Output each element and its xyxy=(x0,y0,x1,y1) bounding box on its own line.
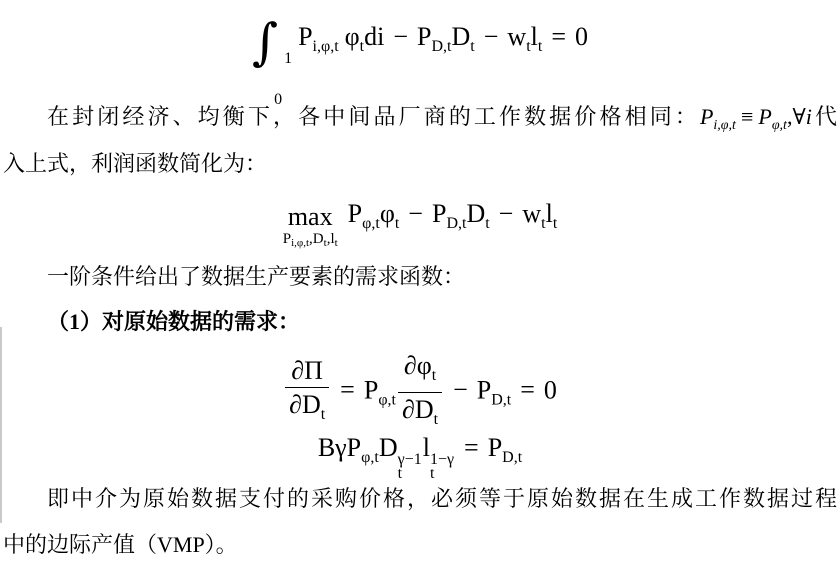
math-term: P xyxy=(298,22,312,51)
equiv-operator: ≡ xyxy=(741,104,753,129)
forall-symbol: ∀ xyxy=(792,104,805,129)
equals-operator: = xyxy=(340,375,355,404)
math-term: P xyxy=(432,199,446,228)
math-term: B xyxy=(318,433,335,462)
paragraph-vmp-explanation-line2: 中的边际产值（VMP）。 xyxy=(3,530,837,560)
math-subscript: φ,t xyxy=(378,391,396,408)
fraction-denominator: ∂Dt xyxy=(285,388,329,428)
math-subscript: D,t xyxy=(446,215,466,232)
fraction-numerator: ∂φt xyxy=(398,352,442,393)
max-underscript: Pi,φ,t,Dt,lt xyxy=(283,230,338,253)
math-subscript: D,t xyxy=(491,391,511,408)
equals-operator: = xyxy=(464,433,479,462)
math-subscript: t xyxy=(432,367,436,384)
math-term: D xyxy=(379,433,398,462)
math-subscript: t xyxy=(395,215,399,232)
paragraph-text: 中的边际产值（VMP）。 xyxy=(3,532,238,557)
math-term: D xyxy=(452,22,471,51)
math-term: l xyxy=(546,199,553,228)
minus-operator: − xyxy=(484,22,499,51)
math-term: P xyxy=(347,433,361,462)
integral-glyph: ∫ xyxy=(252,13,278,71)
paragraph-text: 即中介为原始数据支付的采购价格，必须等于原始数据在生成工作数据过程 xyxy=(47,486,837,511)
math-subscript: φ,t xyxy=(361,449,379,466)
inline-math-var: P xyxy=(700,104,713,129)
math-term: P xyxy=(477,375,491,404)
fraction: ∂Π∂Dt xyxy=(285,357,329,428)
math-subscript: t xyxy=(553,215,557,232)
integral-upper-limit: 1 xyxy=(284,51,292,66)
math-term: φ xyxy=(380,199,395,228)
math-subscript: t xyxy=(538,38,542,55)
math-term: D xyxy=(466,199,485,228)
minus-operator: − xyxy=(408,199,423,228)
math-subscript: t xyxy=(398,467,422,481)
supsub-stack: 1−γt xyxy=(430,453,454,481)
paragraph-equilibrium-prices-line2: 入上式，利润函数简化为： xyxy=(3,149,837,179)
scan-artifact-line xyxy=(0,327,2,523)
equals-operator: = xyxy=(551,22,566,51)
math-term: Π xyxy=(304,356,323,385)
math-subscript: i,φ,t xyxy=(291,237,309,249)
math-subscript: t xyxy=(485,215,489,232)
math-term: φ xyxy=(345,22,360,51)
paragraph-foc-intro: 一阶条件给出了数据生产要素的需求函数： xyxy=(3,262,837,292)
gamma-symbol: γ xyxy=(335,433,347,462)
math-term: D xyxy=(302,390,321,419)
paragraph-text: 一阶条件给出了数据生产要素的需求函数： xyxy=(47,264,465,289)
supsub-stack: γ−1t xyxy=(398,453,422,481)
fraction-numerator: ∂Π xyxy=(285,357,329,388)
math-subscript: t xyxy=(335,237,338,249)
math-term: φ xyxy=(417,351,432,380)
heading-text: （1）对原始数据的需求： xyxy=(47,309,300,334)
math-term: 0 xyxy=(544,375,557,404)
inline-math-var: P xyxy=(758,104,771,129)
partial-symbol: ∂ xyxy=(404,351,417,380)
paragraph-text: 代 xyxy=(812,104,837,129)
math-term: di xyxy=(364,22,384,51)
math-subscript: t xyxy=(321,406,325,423)
max-word: max xyxy=(283,203,338,230)
math-subscript: t xyxy=(470,38,474,55)
paragraph-equilibrium-prices-line1: 在封闭经济、均衡下，各中间品厂商的工作数据价格相同：Pi,φ,t≡Pφ,t,∀i… xyxy=(3,102,837,141)
paragraph-text: 在封闭经济、均衡下，各中间品厂商的工作数据价格相同： xyxy=(47,104,700,129)
math-term: P xyxy=(348,199,362,228)
document-page: ∫10Pi,φ,tφtdi−PD,tDt−wtlt=0 在封闭经济、均衡下，各中… xyxy=(0,0,840,564)
fraction: ∂φt∂Dt xyxy=(398,352,442,433)
math-subscript: D,t xyxy=(502,449,522,466)
math-term: 0 xyxy=(575,22,588,51)
math-subscript: φ,t xyxy=(362,215,380,232)
math-term: P xyxy=(417,22,431,51)
math-term: l xyxy=(531,22,538,51)
formula-zero-profit-condition: ∫10Pi,φ,tφtdi−PD,tDt−wtlt=0 xyxy=(0,8,840,107)
formula-profit-maximization: maxPi,φ,t,Dt,ltPφ,tφt−PD,tDt−wtlt xyxy=(0,199,840,253)
integral-icon: ∫10 xyxy=(252,22,298,51)
math-term: w xyxy=(522,199,541,228)
minus-operator: − xyxy=(393,22,408,51)
paragraph-vmp-explanation-line1: 即中介为原始数据支付的采购价格，必须等于原始数据在生成工作数据过程 xyxy=(3,484,837,514)
inline-math-subscript: φ,t xyxy=(772,118,787,133)
paragraph-text: 入上式，利润函数简化为： xyxy=(3,151,267,176)
partial-symbol: ∂ xyxy=(291,356,304,385)
partial-symbol: ∂ xyxy=(289,390,302,419)
math-term: D xyxy=(313,231,324,247)
inline-math-subscript: i,φ,t xyxy=(713,118,736,133)
math-subscript: t xyxy=(434,411,438,428)
math-term: D xyxy=(415,395,434,424)
math-term: P xyxy=(364,375,378,404)
math-subscript: i,φ,t xyxy=(313,38,339,55)
minus-operator: − xyxy=(453,375,468,404)
heading-raw-data-demand: （1）对原始数据的需求： xyxy=(3,307,837,337)
math-term: P xyxy=(488,433,502,462)
math-term: l xyxy=(423,433,430,462)
math-subscript: t xyxy=(430,467,454,481)
equals-operator: = xyxy=(520,375,535,404)
formula-foc-data-demand: ∂Π∂Dt=Pφ,t∂φt∂Dt−PD,t=0 xyxy=(0,352,840,433)
partial-symbol: ∂ xyxy=(402,395,415,424)
minus-operator: − xyxy=(499,199,514,228)
integral-limits: 10 xyxy=(277,51,292,107)
max-operator: maxPi,φ,t,Dt,lt xyxy=(283,203,338,253)
math-subscript: D,t xyxy=(432,38,452,55)
fraction-denominator: ∂Dt xyxy=(398,393,442,433)
formula-marginal-value-product: BγPφ,tDγ−1tl1−γt=PD,t xyxy=(0,428,840,481)
math-term: w xyxy=(507,22,526,51)
math-term: P xyxy=(283,231,291,247)
